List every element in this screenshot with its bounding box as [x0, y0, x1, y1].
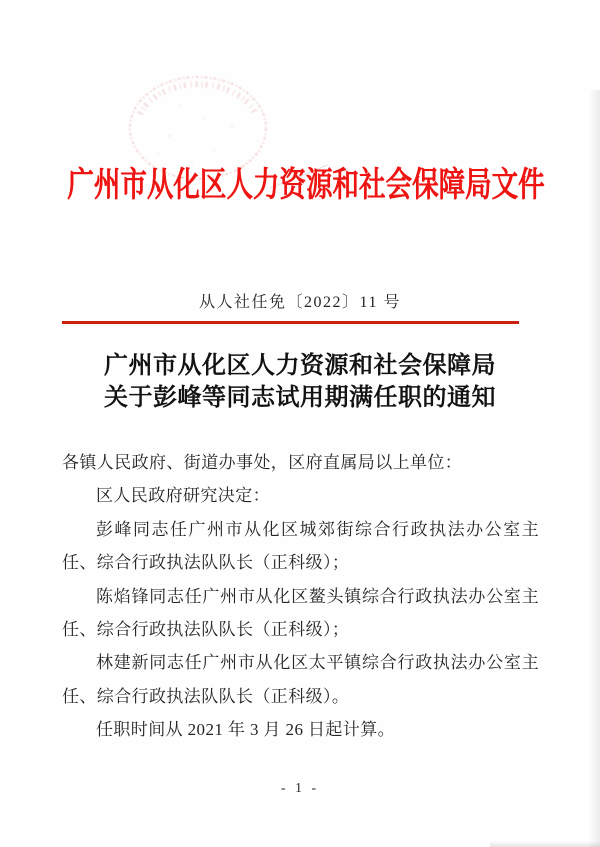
doc-number: 从人社任免〔2022〕11 号	[0, 289, 600, 312]
body-paragraph: 彭峰同志任广州市从化区城郊街综合行政执法办公室主任、综合行政执法队队长（正科级）…	[62, 513, 539, 580]
page-number: - 1 -	[0, 781, 600, 797]
body-paragraph: 区人民政府研究决定：	[62, 479, 539, 512]
seal-arc-text-speckles	[140, 84, 256, 114]
recipient-line: 各镇人民政府、街道办事处，区府直属局以上单位：	[62, 446, 539, 479]
seal-speckles	[157, 105, 233, 163]
header-title-text: 广州市从化区人力资源和社会保障局文件	[67, 166, 544, 206]
body-paragraph: 任职时间从 2021 年 3 月 26 日起计算。	[62, 713, 539, 746]
document-body: 各镇人民政府、街道办事处，区府直属局以上单位： 区人民政府研究决定： 彭峰同志任…	[62, 446, 539, 747]
body-paragraph: 陈焰锋同志任广州市从化区鳌头镇综合行政执法办公室主任、综合行政执法队队长（正科级…	[62, 580, 539, 647]
scan-edge-shadow-bottom	[490, 841, 600, 847]
body-paragraph: 林建新同志任广州市从化区太平镇综合行政执法办公室主任、综合行政执法队队长（正科级…	[62, 646, 539, 713]
notice-title-line2: 关于彭峰等同志试用期满任职的通知	[0, 382, 600, 414]
document-page: 广州市从化区人力资源和社会保障局文件 从人社任免〔2022〕11 号 广州市从化…	[0, 0, 600, 847]
document-header: 广州市从化区人力资源和社会保障局文件	[0, 166, 600, 206]
notice-title: 广州市从化区人力资源和社会保障局 关于彭峰等同志试用期满任职的通知	[0, 350, 600, 414]
notice-title-line1: 广州市从化区人力资源和社会保障局	[0, 350, 600, 382]
seal-ring	[130, 77, 266, 179]
red-divider-line	[62, 321, 519, 324]
